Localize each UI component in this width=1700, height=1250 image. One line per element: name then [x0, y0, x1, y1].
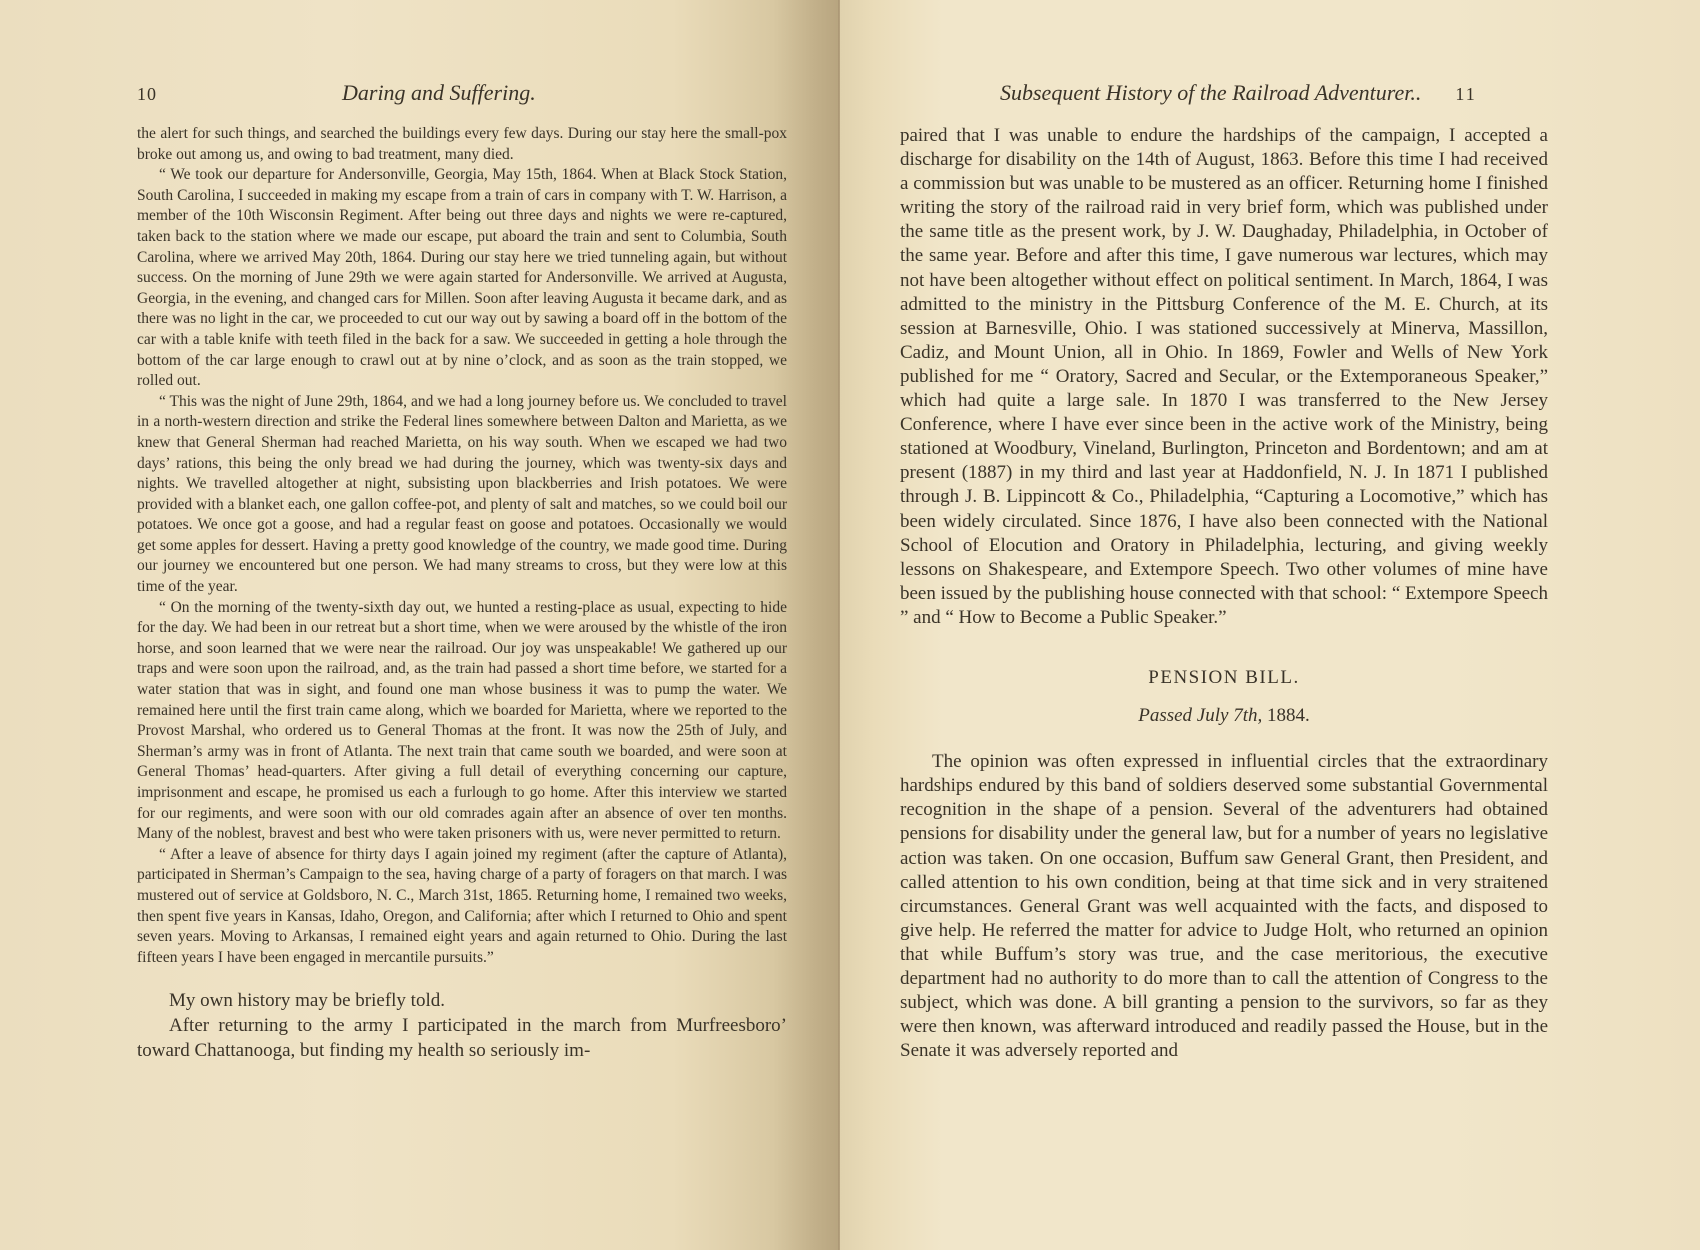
- paragraph: “ On the morning of the twenty-sixth day…: [137, 598, 787, 845]
- section-date-italic: Passed July 7th,: [1138, 705, 1262, 726]
- left-page-body: the alert for such things, and searched …: [137, 124, 787, 1063]
- paragraph: After returning to the army I participat…: [137, 1013, 787, 1063]
- left-page: 10 Daring and Suffering. the alert for s…: [0, 0, 840, 1250]
- page-number-right: 11: [1455, 84, 1476, 105]
- running-head-title-right: Subsequent History of the Railroad Adven…: [1000, 80, 1421, 106]
- right-running-head: Subsequent History of the Railroad Adven…: [1000, 80, 1580, 106]
- section-subheading: Passed July 7th, 1884.: [900, 704, 1548, 728]
- left-running-head: 10 Daring and Suffering.: [137, 80, 787, 106]
- paragraph: “ This was the night of June 29th, 1864,…: [137, 392, 787, 598]
- right-page-body: paired that I was unable to endure the h…: [900, 124, 1548, 1063]
- author-history-section: My own history may be briefly told. Afte…: [137, 988, 787, 1063]
- paragraph: “ We took our departure for Andersonvill…: [137, 165, 787, 392]
- section-heading: PENSION BILL.: [900, 666, 1548, 690]
- running-head-title-left: Daring and Suffering.: [342, 80, 536, 106]
- section-date-year: 1884.: [1267, 705, 1310, 726]
- paragraph: paired that I was unable to endure the h…: [900, 124, 1548, 630]
- paragraph: the alert for such things, and searched …: [137, 124, 787, 165]
- book-spread: 10 Daring and Suffering. the alert for s…: [0, 0, 1700, 1250]
- page-number-left: 10: [137, 84, 207, 105]
- paragraph: The opinion was often expressed in influ…: [900, 750, 1548, 1063]
- paragraph: “ After a leave of absence for thirty da…: [137, 845, 787, 969]
- paragraph: My own history may be briefly told.: [137, 988, 787, 1013]
- right-page: Subsequent History of the Railroad Adven…: [840, 0, 1700, 1250]
